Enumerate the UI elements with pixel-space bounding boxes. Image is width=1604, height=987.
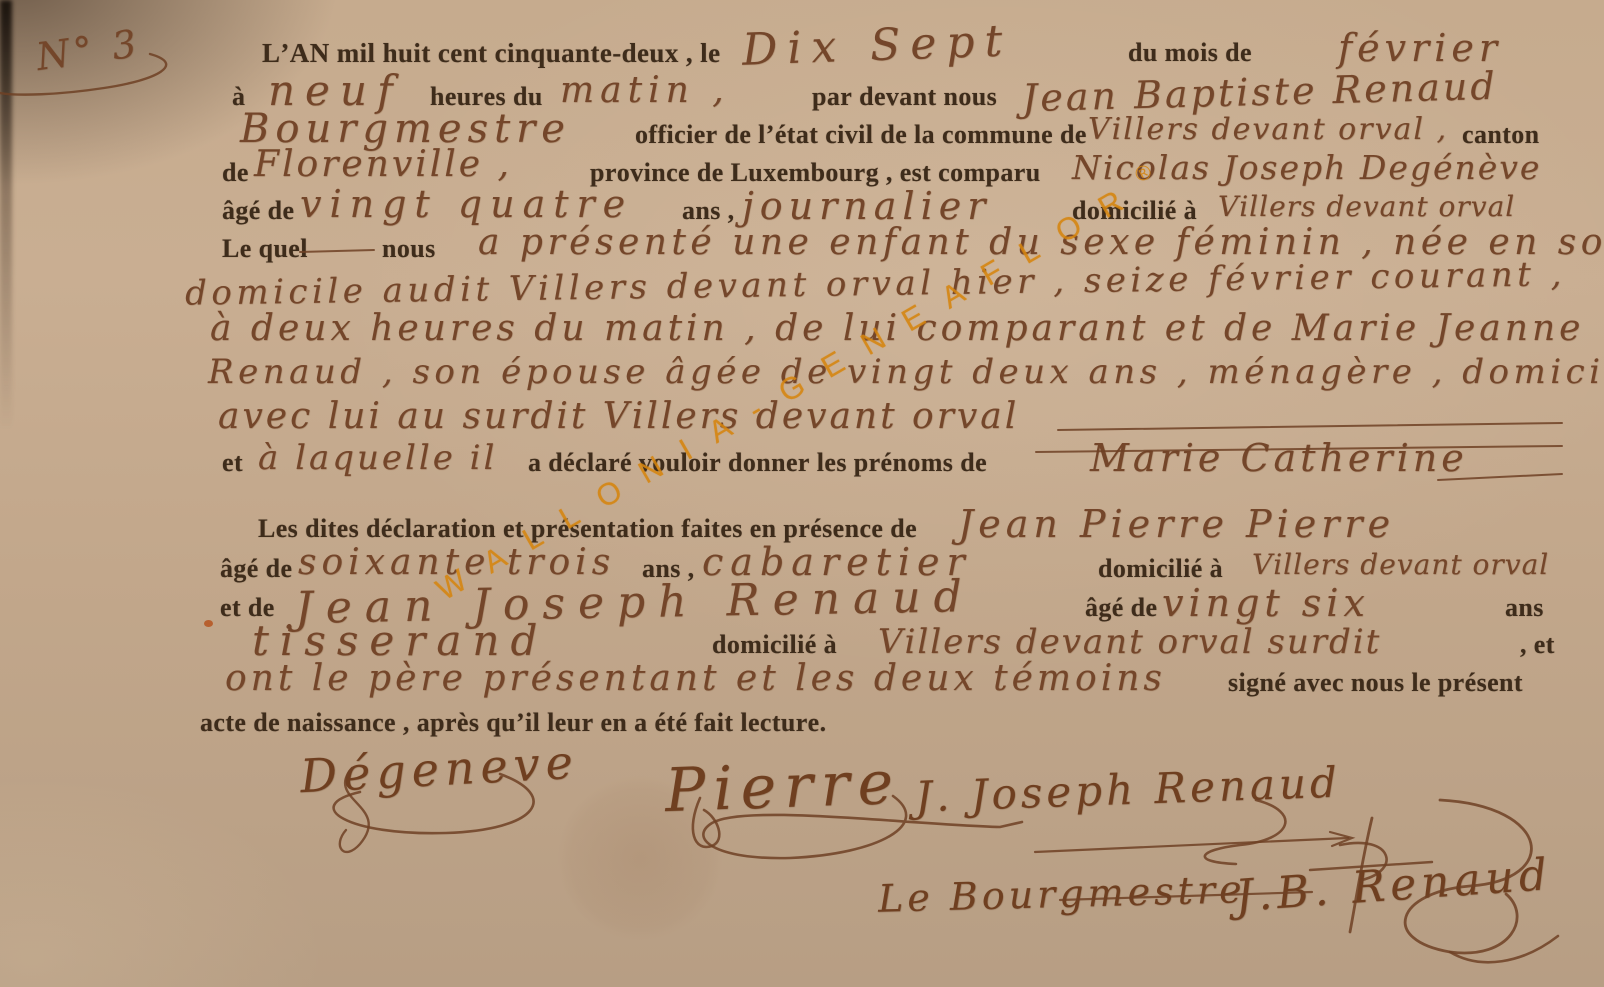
printed-before-us: par devant nous xyxy=(812,82,997,112)
printed-year-text: L’AN mil huit cent cinquante-deux , le xyxy=(262,38,720,69)
printed-aged-label: âgé de xyxy=(222,196,294,226)
printed-canton-label: canton xyxy=(1462,120,1540,150)
handwritten-witness1-name: Jean Pierre Pierre xyxy=(958,502,1395,546)
handwritten-mother-details: Renaud , son épouse âgée de vingt deux a… xyxy=(208,352,1604,392)
printed-of-label: de xyxy=(222,158,249,188)
printed-domiciled-label-3: domicilié à xyxy=(712,630,837,660)
handwritten-child-names: Marie Catherine xyxy=(1090,436,1468,480)
form-line-8: à deux heures du matin , de lui comparan… xyxy=(0,308,1604,354)
signature-pierre: Pierre xyxy=(664,748,902,826)
handwritten-witness2-domicile: Villers devant orval surdit xyxy=(878,622,1381,662)
printed-aged-label-2: âgé de xyxy=(220,554,292,584)
printed-nous: nous xyxy=(382,234,436,264)
handwritten-morning: matin , xyxy=(560,70,730,111)
paraph-cross-stroke xyxy=(1035,838,1348,852)
printed-years-label-3: ans xyxy=(1505,593,1544,623)
printed-aged-label-3: âgé de xyxy=(1085,593,1157,623)
handwritten-witness1-domicile: Villers devant orval xyxy=(1252,548,1549,581)
printed-month-label: du mois de xyxy=(1128,38,1252,68)
form-line-11: et à laquelle il a déclaré vouloir donne… xyxy=(0,440,1604,486)
handwritten-signing-parties: ont le père présentant et les deux témoi… xyxy=(225,658,1166,699)
signature-bourgmestre-title: Le Bourgmestre xyxy=(877,867,1246,921)
form-line-7: domicile audit Villers devant orval hier… xyxy=(0,264,1604,310)
printed-lequel: Le quel xyxy=(222,234,308,264)
handwritten-a-laquelle: à laquelle il xyxy=(258,438,497,478)
handwritten-mother-domicile: avec lui au surdit Villers devant orval xyxy=(218,396,1019,437)
printed-et-comma: , et xyxy=(1520,630,1555,660)
printed-signed-with-us: signé avec nous le présent xyxy=(1228,668,1523,698)
handwritten-canton: Florenville , xyxy=(254,144,512,185)
printed-declared-names: a déclaré vouloir donner les prénoms de xyxy=(528,448,987,478)
handwritten-day: Dix Sept xyxy=(741,15,1013,75)
birth-act-scan: N° 3 L’AN mil huit cent cinquante-deux ,… xyxy=(0,0,1604,987)
bourgmestre-tail xyxy=(1450,936,1558,962)
handwritten-witness2-age: vingt six xyxy=(1162,581,1370,625)
signature-jb-renaud: J.B. Renaud xyxy=(1234,849,1554,922)
printed-act-closing: acte de naissance , après qu’il leur en … xyxy=(200,708,827,738)
printed-domiciled-label-2: domicilié à xyxy=(1098,554,1223,584)
handwritten-birth-place-date: domicile audit Villers devant orval hier… xyxy=(185,254,1566,313)
handwritten-commune: Villers devant orval , xyxy=(1088,112,1448,147)
handwritten-declarant-domicile: Villers devant orval xyxy=(1218,190,1515,223)
signature-joseph-renaud: J. Joseph Renaud xyxy=(914,758,1341,822)
printed-et-label: et xyxy=(222,448,243,478)
paraph-arrow xyxy=(1330,832,1352,846)
printed-civil-officer: officier de l’état civil de la commune d… xyxy=(635,120,1087,150)
form-line-17: acte de naissance , après qu’il leur en … xyxy=(0,700,1604,746)
ink-spot xyxy=(204,620,213,627)
handwritten-declarant-age: vingt quatre xyxy=(300,182,633,226)
